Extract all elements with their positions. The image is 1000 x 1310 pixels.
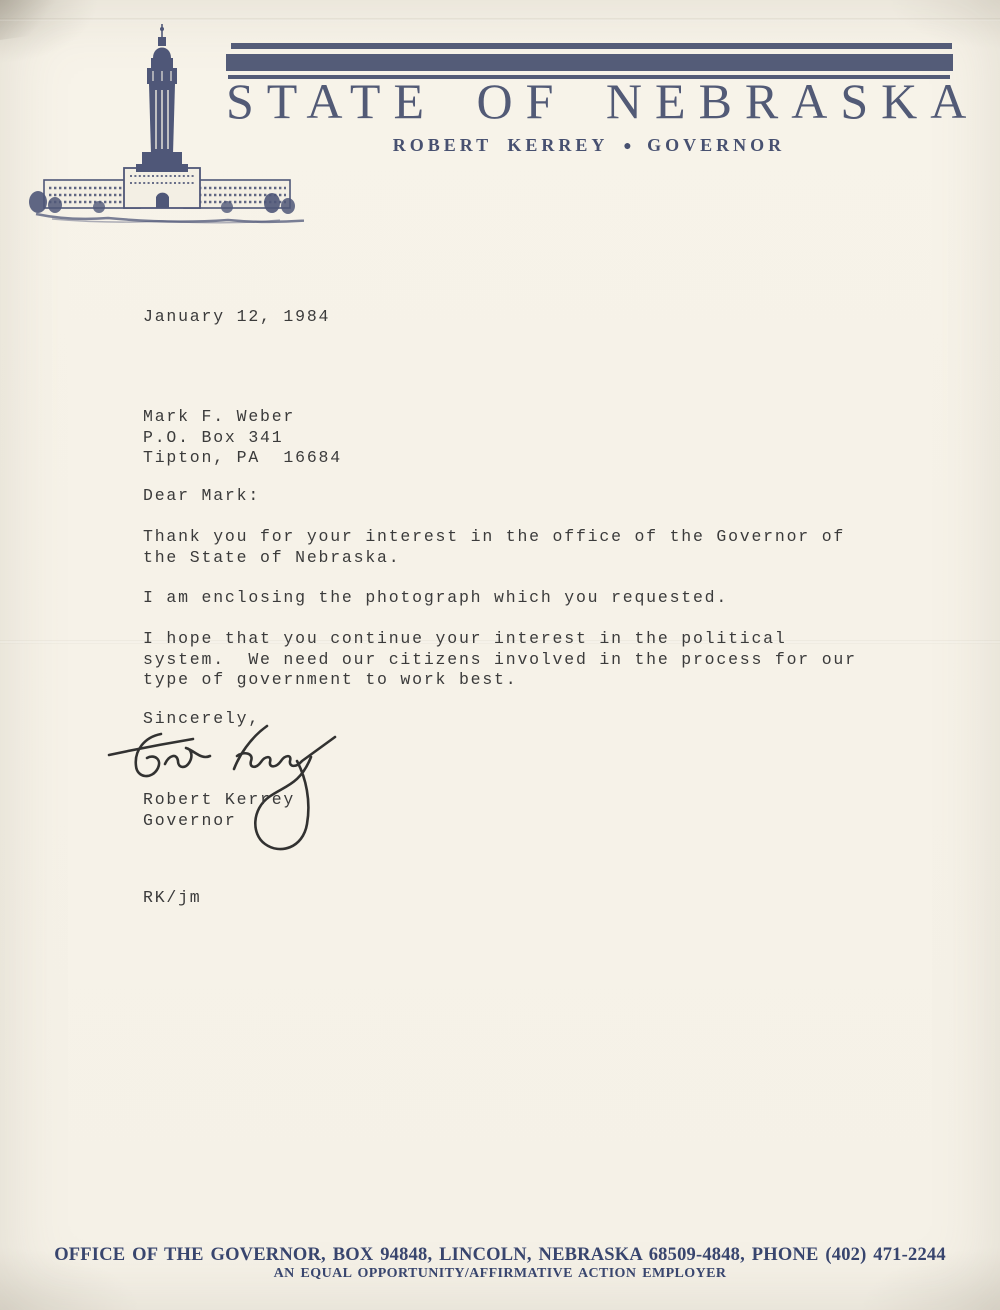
letter-date: January 12, 1984 bbox=[143, 307, 330, 328]
letterhead-subtitle: ROBERT KERREY ● GOVERNOR bbox=[226, 135, 952, 156]
governor-name: ROBERT KERREY bbox=[393, 135, 608, 155]
scanned-letter-page: STATE OF NEBRASKA ROBERT KERREY ● GOVERN… bbox=[0, 0, 1000, 1310]
paper-crease bbox=[0, 18, 1000, 21]
letterhead-title: STATE OF NEBRASKA bbox=[226, 76, 952, 126]
body-paragraph-2: I am enclosing the photograph which you … bbox=[143, 588, 728, 609]
body-paragraph-1: Thank you for your interest in the offic… bbox=[143, 527, 845, 568]
recipient-city-state-zip: Tipton, PA 16684 bbox=[143, 448, 342, 467]
footer-eeo-line: AN EQUAL OPPORTUNITY/AFFIRMATIVE ACTION … bbox=[0, 1266, 1000, 1282]
letterhead-rule-top bbox=[231, 43, 952, 49]
signature-block: Robert Kerrey Governor bbox=[143, 790, 295, 831]
reference-initials: RK/jm bbox=[143, 888, 202, 909]
body-paragraph-3: I hope that you continue your interest i… bbox=[143, 629, 857, 691]
footer-address-line: OFFICE OF THE GOVERNOR, BOX 94848, LINCO… bbox=[0, 1245, 1000, 1266]
governor-role: GOVERNOR bbox=[647, 135, 785, 155]
signed-name: Robert Kerrey bbox=[143, 790, 295, 809]
bullet-icon: ● bbox=[623, 139, 631, 155]
recipient-po-box: P.O. Box 341 bbox=[143, 428, 283, 447]
salutation: Dear Mark: bbox=[143, 486, 260, 507]
recipient-address: Mark F. Weber P.O. Box 341 Tipton, PA 16… bbox=[143, 407, 342, 469]
letterhead-rule-thick bbox=[226, 54, 953, 71]
recipient-name: Mark F. Weber bbox=[143, 407, 295, 426]
signed-title: Governor bbox=[143, 811, 237, 830]
